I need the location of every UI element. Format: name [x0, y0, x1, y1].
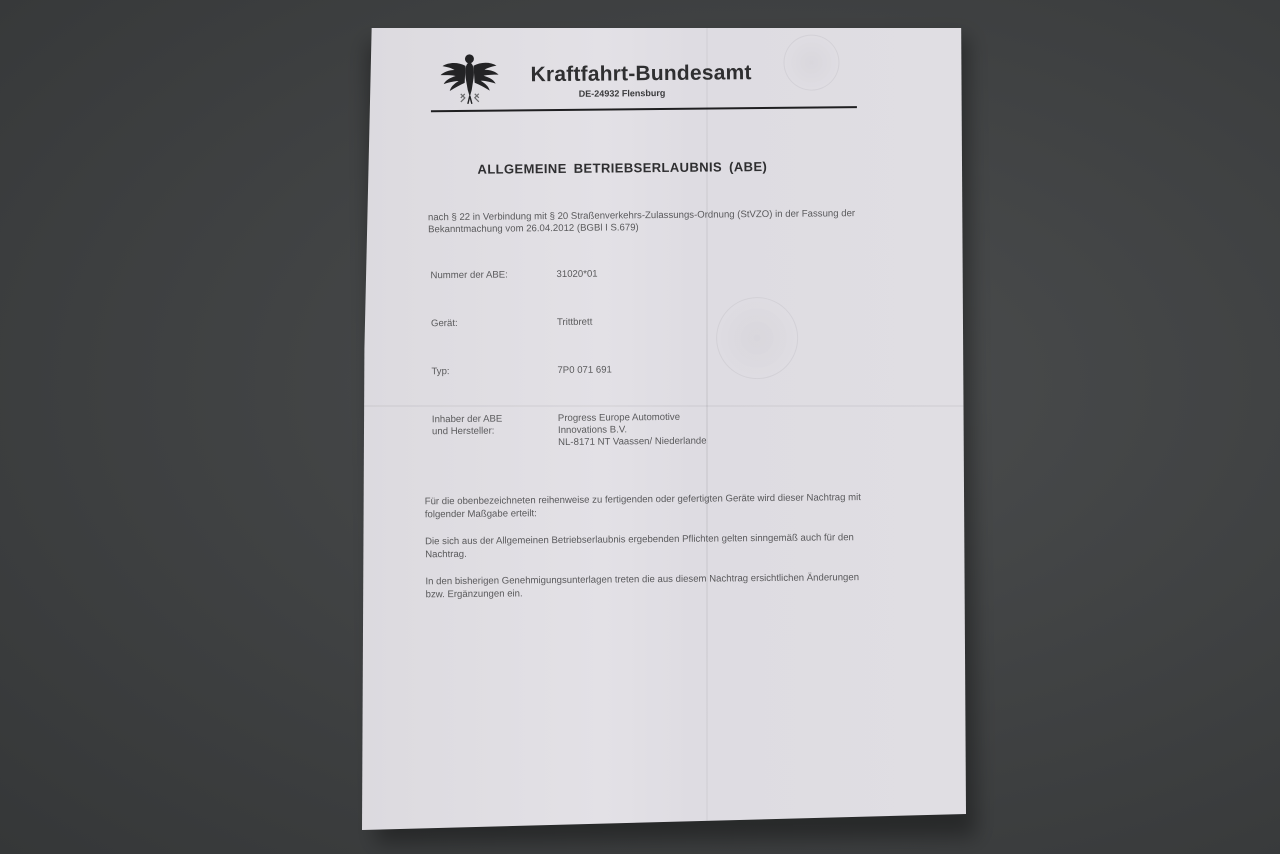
field-label-holder: Inhaber der ABE und Hersteller:	[432, 414, 503, 439]
document-content: Kraftfahrt-Bundesamt DE-24932 Flensburg …	[358, 25, 970, 833]
field-value-type: 7P0 071 691	[557, 364, 612, 377]
field-value-device: Trittbrett	[557, 317, 592, 329]
federal-eagle-icon	[438, 50, 501, 107]
paragraph-obligations: Die sich aus der Allgemeinen Betriebserl…	[425, 532, 865, 561]
field-label-holder-line-1: Inhaber der ABE	[432, 414, 503, 427]
legal-basis: nach § 22 in Verbindung mit § 20 Straßen…	[428, 208, 868, 236]
bleed-through-seal-top	[783, 34, 840, 91]
bleed-through-seal-middle	[716, 297, 799, 380]
header-divider	[431, 106, 857, 112]
field-label-abe-number: Nummer der ABE:	[430, 269, 507, 282]
document-title: ALLGEMEINE BETRIEBSERLAUBNIS (ABE)	[477, 159, 767, 177]
agency-name: Kraftfahrt-Bundesamt	[530, 61, 751, 87]
agency-address: DE-24932 Flensburg	[579, 88, 666, 99]
field-label-holder-line-2: und Hersteller:	[432, 426, 503, 439]
field-value-holder: Progress Europe Automotive Innovations B…	[558, 412, 707, 449]
field-label-device: Gerät:	[431, 318, 458, 330]
paragraph-supplement-granted: Für die obenbezeichneten reihenweise zu …	[425, 492, 865, 521]
abe-document-sheet: Kraftfahrt-Bundesamt DE-24932 Flensburg …	[362, 28, 966, 830]
field-label-type: Typ:	[431, 366, 449, 378]
paragraph-amendments: In den bisherigen Genehmigungsunterlagen…	[425, 572, 865, 601]
holder-address-line: NL-8171 NT Vaassen/ Niederlande	[558, 436, 707, 449]
field-value-abe-number: 31020*01	[556, 269, 597, 281]
